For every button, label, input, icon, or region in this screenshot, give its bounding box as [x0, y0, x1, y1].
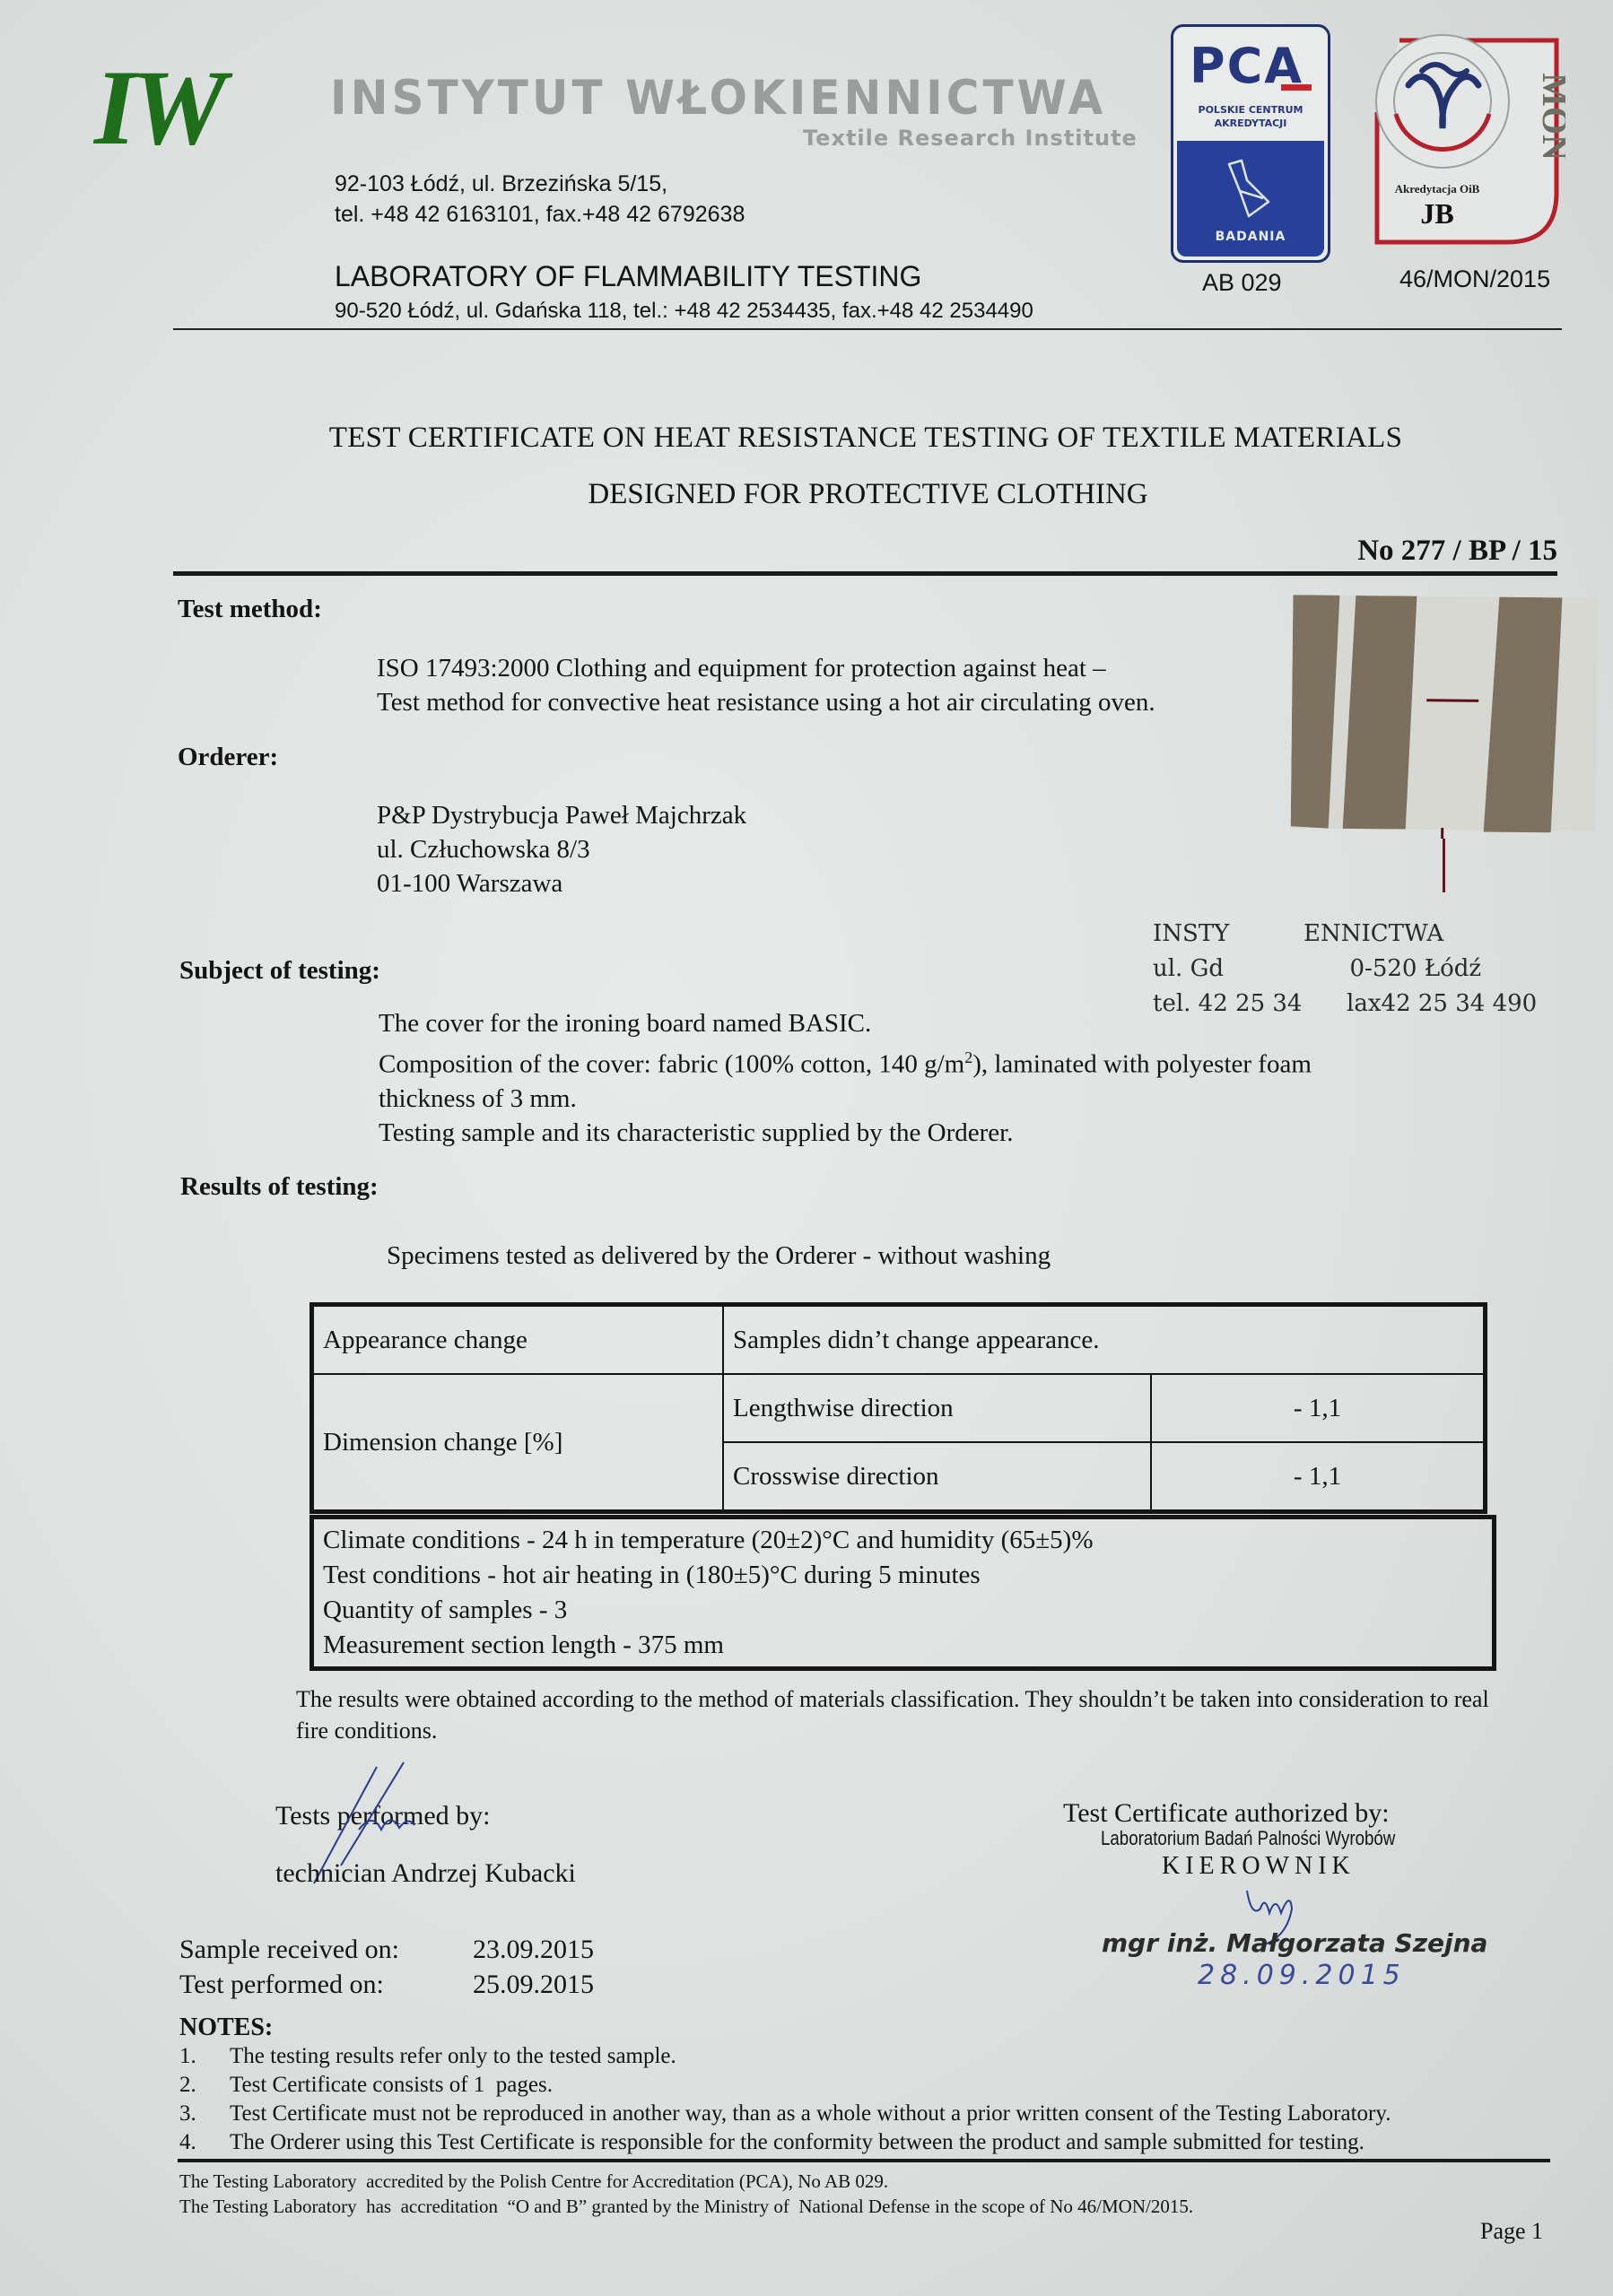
- document-title-line-2: DESIGNED FOR PROTECTIVE CLOTHING: [0, 478, 1613, 511]
- note-text: The testing results refer only to the te…: [230, 2042, 676, 2071]
- subject-line-4: Testing sample and its characteristic su…: [379, 1116, 1312, 1150]
- stamp-line-2: ul. Gd 0-520 Łódź: [1153, 952, 1537, 987]
- results-intro: Specimens tested as delivered by the Ord…: [387, 1239, 1051, 1273]
- pca-accreditation-number: AB 029: [1202, 269, 1282, 297]
- list-item: 2.Test Certificate consists of 1 pages.: [179, 2071, 1391, 2100]
- stamp-line-1: INSTY ENNICTWA: [1153, 917, 1537, 952]
- pca-caption-line-2: AKREDYTACJI: [1173, 117, 1328, 130]
- subject-line-1: The cover for the ironing board named BA…: [379, 1006, 1312, 1040]
- mon-accreditation-label: Akredytacja OiB: [1395, 182, 1480, 196]
- performed-label: Test performed on:: [179, 1967, 473, 2002]
- test-method-text: ISO 17493:2000 Clothing and equipment fo…: [377, 651, 1155, 719]
- lab-address: 90-520 Łódź, ul. Gdańska 118, tel.: +48 …: [335, 299, 1033, 324]
- flask-icon: [1222, 159, 1276, 222]
- note-text: Test Certificate must not be reproduced …: [230, 2100, 1391, 2128]
- handwritten-date: 28.09.2015: [1198, 1960, 1406, 1991]
- crosswise-label-cell: Crosswise direction: [723, 1442, 1151, 1512]
- subject-line-2: Composition of the cover: fabric (100% c…: [379, 1040, 1312, 1082]
- pca-caption-line-1: POLSKIE CENTRUM: [1173, 103, 1328, 117]
- date-row-received: Sample received on: 23.09.2015: [179, 1932, 594, 1967]
- address-line-2: tel. +48 42 6163101, fax.+48 42 6792638: [335, 199, 745, 230]
- results-table: Appearance change Samples didn’t change …: [310, 1302, 1487, 1514]
- orderer-details: P&P Dystrybucja Paweł Majchrzak ul. Człu…: [377, 798, 746, 900]
- condition-quantity: Quantity of samples - 3: [323, 1593, 1483, 1628]
- fabric-sample-image: [1291, 595, 1599, 840]
- condition-climate: Climate conditions - 24 h in temperature…: [323, 1523, 1483, 1558]
- footer-divider: [178, 2159, 1550, 2162]
- title-divider: [173, 571, 1557, 576]
- subject-superscript: 2: [964, 1048, 972, 1066]
- appearance-value-cell: Samples didn’t change appearance.: [723, 1305, 1486, 1375]
- test-method-label: Test method:: [178, 595, 322, 624]
- lab-title: LABORATORY OF FLAMMABILITY TESTING: [335, 260, 921, 293]
- table-row: Dimension change [%] Lengthwise directio…: [312, 1374, 1486, 1442]
- performed-value: 25.09.2015: [473, 1967, 594, 2002]
- authorized-name: mgr inż. Małgorzata Szejna: [1102, 1928, 1487, 1958]
- test-conditions-box: Climate conditions - 24 h in temperature…: [310, 1515, 1496, 1671]
- date-row-performed: Test performed on: 25.09.2015: [179, 1967, 594, 2002]
- results-disclaimer: The results were obtained according to t…: [296, 1683, 1498, 1746]
- test-method-line-1: ISO 17493:2000 Clothing and equipment fo…: [377, 651, 1155, 685]
- test-method-line-2: Test method for convective heat resistan…: [377, 685, 1155, 719]
- mon-side-text: MON: [1535, 73, 1565, 161]
- authorized-lab-name: Laboratorium Badań Palności Wyrobów: [1101, 1827, 1395, 1850]
- note-text: The Orderer using this Test Certificate …: [230, 2128, 1365, 2157]
- list-item: 3.Test Certificate must not be reproduce…: [179, 2100, 1391, 2128]
- mon-code: JB: [1420, 197, 1453, 230]
- orderer-city: 01-100 Warszawa: [377, 866, 746, 900]
- note-number: 1.: [179, 2042, 230, 2071]
- mon-accreditation-logo: MON Akredytacja OiB JB: [1373, 31, 1565, 251]
- certificate-number: No 277 / BP / 15: [1357, 535, 1557, 568]
- institute-subtitle: Textile Research Institute: [803, 126, 1138, 151]
- performed-by-name: technician Andrzej Kubacki: [275, 1858, 576, 1889]
- page-number: Page 1: [1480, 2218, 1543, 2245]
- table-row: Appearance change Samples didn’t change …: [312, 1305, 1486, 1375]
- notes-list: 1.The testing results refer only to the …: [179, 2042, 1391, 2157]
- subject-label: Subject of testing:: [179, 956, 380, 986]
- note-text: Test Certificate consists of 1 pages.: [230, 2071, 553, 2100]
- iw-logo: IW: [94, 54, 221, 161]
- institute-address: 92-103 Łódź, ul. Brzezińska 5/15, tel. +…: [335, 169, 745, 230]
- sample-marker-line: [1443, 839, 1445, 892]
- notes-heading: NOTES:: [179, 2013, 273, 2042]
- subject-line-2-text: Composition of the cover: fabric (100% c…: [379, 1050, 964, 1079]
- footer-line-1: The Testing Laboratory accredited by the…: [179, 2169, 1193, 2194]
- document-title-line-1: TEST CERTIFICATE ON HEAT RESISTANCE TEST…: [126, 422, 1606, 455]
- list-item: 4.The Orderer using this Test Certificat…: [179, 2128, 1391, 2157]
- lengthwise-value-cell: - 1,1: [1151, 1374, 1486, 1442]
- orderer-street: ul. Człuchowska 8/3: [377, 832, 746, 866]
- pca-red-bar: [1281, 84, 1312, 91]
- condition-test: Test conditions - hot air heating in (18…: [323, 1558, 1483, 1593]
- note-number: 3.: [179, 2100, 230, 2128]
- authorized-role: KIEROWNIK: [1162, 1852, 1356, 1881]
- pca-accreditation-logo: PCA POLSKIE CENTRUM AKREDYTACJI BADANIA: [1171, 24, 1330, 263]
- address-line-1: 92-103 Łódź, ul. Brzezińska 5/15,: [335, 169, 745, 199]
- subject-details: The cover for the ironing board named BA…: [379, 1006, 1312, 1150]
- received-value: 23.09.2015: [473, 1932, 594, 1967]
- pca-blue-band: BADANIA: [1177, 141, 1324, 257]
- header-divider: [173, 328, 1562, 330]
- subject-line-3: thickness of 3 mm.: [379, 1082, 1312, 1116]
- mon-accreditation-number: 46/MON/2015: [1399, 265, 1550, 293]
- authorized-by-label: Test Certificate authorized by:: [1063, 1798, 1390, 1829]
- footer-line-2: The Testing Laboratory has accreditation…: [179, 2194, 1193, 2219]
- lengthwise-label-cell: Lengthwise direction: [723, 1374, 1151, 1442]
- institute-name: INSTYTUT WŁOKIENNICTWA: [330, 71, 1106, 126]
- dimension-label-cell: Dimension change [%]: [312, 1374, 724, 1512]
- pca-caption: POLSKIE CENTRUM AKREDYTACJI: [1173, 103, 1328, 130]
- results-label: Results of testing:: [180, 1172, 379, 1202]
- appearance-label-cell: Appearance change: [312, 1305, 724, 1375]
- dates-table: Sample received on: 23.09.2015 Test perf…: [179, 1932, 594, 2002]
- received-label: Sample received on:: [179, 1932, 473, 1967]
- note-number: 2.: [179, 2071, 230, 2100]
- crosswise-value-cell: - 1,1: [1151, 1442, 1486, 1512]
- pca-band-label: BADANIA: [1177, 230, 1324, 244]
- orderer-name: P&P Dystrybucja Paweł Majchrzak: [377, 798, 746, 832]
- footer-accreditation: The Testing Laboratory accredited by the…: [179, 2169, 1193, 2219]
- note-number: 4.: [179, 2128, 230, 2157]
- condition-measurement: Measurement section length - 375 mm: [323, 1628, 1483, 1663]
- subject-line-2-tail: ), laminated with polyester foam: [972, 1050, 1312, 1079]
- orderer-label: Orderer:: [178, 743, 278, 772]
- list-item: 1.The testing results refer only to the …: [179, 2042, 1391, 2071]
